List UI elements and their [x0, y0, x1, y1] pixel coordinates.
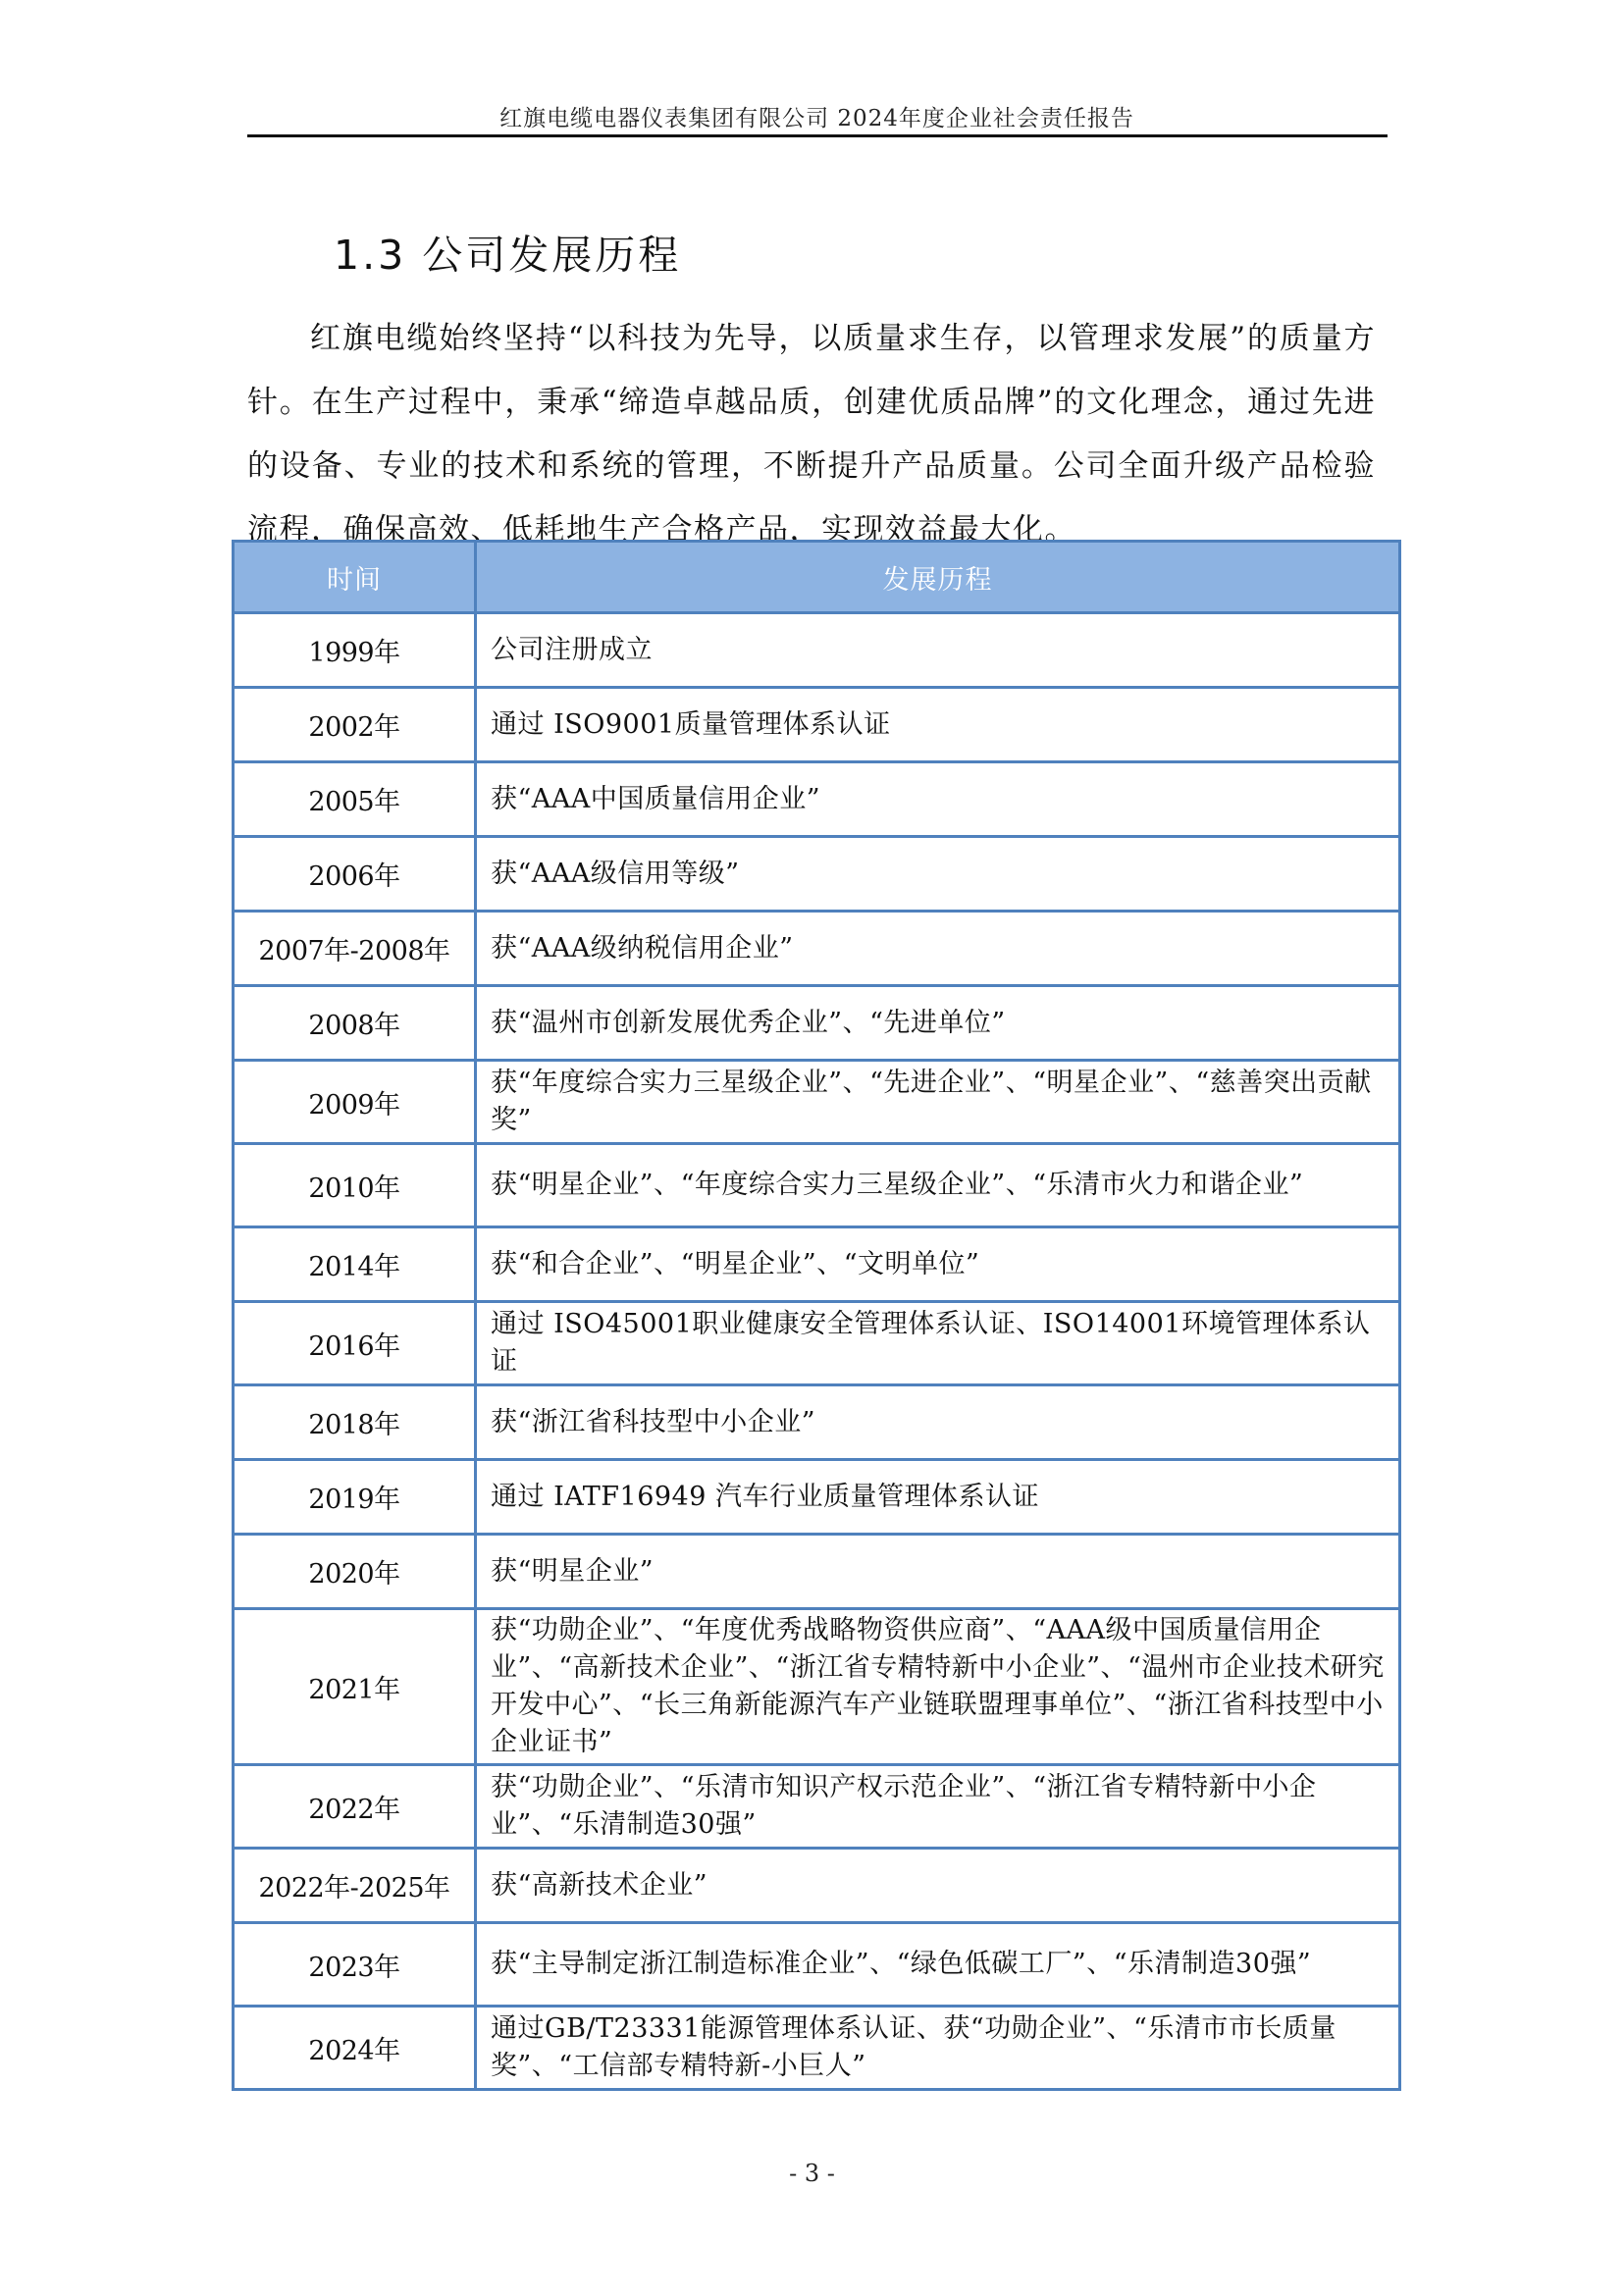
table-row: 2009年获“年度综合实力三星级企业”、“先进企业”、“明星企业”、“慈善突出贡…	[234, 1061, 1400, 1144]
table-row: 1999年公司注册成立	[234, 613, 1400, 688]
section-title: 1.3 公司发展历程	[334, 223, 681, 281]
row-year: 2005年	[234, 762, 476, 837]
header-rule	[247, 134, 1388, 137]
row-event: 获“明星企业”、“年度综合实力三星级企业”、“乐清市火力和谐企业”	[476, 1144, 1400, 1227]
row-event: 通过 IATF16949 汽车行业质量管理体系认证	[476, 1460, 1400, 1535]
row-year: 1999年	[234, 613, 476, 688]
table-row: 2023年获“主导制定浙江制造标准企业”、“绿色低碳工厂”、“乐清制造30强”	[234, 1923, 1400, 2007]
row-event: 获“AAA级信用等级”	[476, 837, 1400, 912]
row-year: 2018年	[234, 1385, 476, 1460]
table-row: 2020年获“明星企业”	[234, 1535, 1400, 1609]
table-row: 2014年获“和合企业”、“明星企业”、“文明单位”	[234, 1227, 1400, 1302]
row-event: 通过 ISO45001职业健康安全管理体系认证、ISO14001环境管理体系认证	[476, 1302, 1400, 1385]
row-year: 2023年	[234, 1923, 476, 2007]
row-event: 获“年度综合实力三星级企业”、“先进企业”、“明星企业”、“慈善突出贡献奖”	[476, 1061, 1400, 1144]
row-year: 2020年	[234, 1535, 476, 1609]
row-year: 2014年	[234, 1227, 476, 1302]
table-header-row: 时间 发展历程	[234, 542, 1400, 613]
row-year: 2024年	[234, 2007, 476, 2090]
row-year: 2019年	[234, 1460, 476, 1535]
row-event: 公司注册成立	[476, 613, 1400, 688]
row-event: 获“AAA中国质量信用企业”	[476, 762, 1400, 837]
row-event: 通过GB/T23331能源管理体系认证、获“功勋企业”、“乐清市市长质量奖”、“…	[476, 2007, 1400, 2090]
row-event: 获“浙江省科技型中小企业”	[476, 1385, 1400, 1460]
row-year: 2008年	[234, 986, 476, 1061]
row-year: 2009年	[234, 1061, 476, 1144]
table-row: 2019年通过 IATF16949 汽车行业质量管理体系认证	[234, 1460, 1400, 1535]
row-event: 获“明星企业”	[476, 1535, 1400, 1609]
row-year: 2016年	[234, 1302, 476, 1385]
row-year: 2021年	[234, 1609, 476, 1765]
development-history-table: 时间 发展历程 1999年公司注册成立 2002年通过 ISO9001质量管理体…	[232, 540, 1401, 2091]
table-row: 2008年获“温州市创新发展优秀企业”、“先进单位”	[234, 986, 1400, 1061]
row-event: 获“和合企业”、“明星企业”、“文明单位”	[476, 1227, 1400, 1302]
intro-paragraph: 红旗电缆始终坚持“以科技为先导，以质量求生存，以管理求发展”的质量方针。在生产过…	[247, 307, 1376, 562]
row-event: 获“功勋企业”、“年度优秀战略物资供应商”、“AAA级中国质量信用企业”、“高新…	[476, 1609, 1400, 1765]
column-header-time: 时间	[234, 542, 476, 613]
table-row: 2022年获“功勋企业”、“乐清市知识产权示范企业”、“浙江省专精特新中小企业”…	[234, 1765, 1400, 1849]
row-event: 获“AAA级纳税信用企业”	[476, 912, 1400, 986]
row-event: 通过 ISO9001质量管理体系认证	[476, 688, 1400, 762]
row-year: 2010年	[234, 1144, 476, 1227]
row-year: 2007年-2008年	[234, 912, 476, 986]
table-row: 2010年获“明星企业”、“年度综合实力三星级企业”、“乐清市火力和谐企业”	[234, 1144, 1400, 1227]
table-row: 2018年获“浙江省科技型中小企业”	[234, 1385, 1400, 1460]
column-header-history: 发展历程	[476, 542, 1400, 613]
page-number: - 3 -	[0, 2160, 1624, 2187]
row-year: 2006年	[234, 837, 476, 912]
row-event: 获“主导制定浙江制造标准企业”、“绿色低碳工厂”、“乐清制造30强”	[476, 1923, 1400, 2007]
table-row: 2006年获“AAA级信用等级”	[234, 837, 1400, 912]
row-event: 获“高新技术企业”	[476, 1849, 1400, 1923]
table-row: 2002年通过 ISO9001质量管理体系认证	[234, 688, 1400, 762]
row-event: 获“功勋企业”、“乐清市知识产权示范企业”、“浙江省专精特新中小企业”、“乐清制…	[476, 1765, 1400, 1849]
row-event: 获“温州市创新发展优秀企业”、“先进单位”	[476, 986, 1400, 1061]
table-row: 2016年通过 ISO45001职业健康安全管理体系认证、ISO14001环境管…	[234, 1302, 1400, 1385]
row-year: 2022年	[234, 1765, 476, 1849]
table-row: 2007年-2008年获“AAA级纳税信用企业”	[234, 912, 1400, 986]
table-row: 2021年获“功勋企业”、“年度优秀战略物资供应商”、“AAA级中国质量信用企业…	[234, 1609, 1400, 1765]
running-header: 红旗电缆电器仪表集团有限公司 2024年度企业社会责任报告	[245, 100, 1388, 132]
table-row: 2024年通过GB/T23331能源管理体系认证、获“功勋企业”、“乐清市市长质…	[234, 2007, 1400, 2090]
table-row: 2005年获“AAA中国质量信用企业”	[234, 762, 1400, 837]
row-year: 2002年	[234, 688, 476, 762]
table-row: 2022年-2025年获“高新技术企业”	[234, 1849, 1400, 1923]
row-year: 2022年-2025年	[234, 1849, 476, 1923]
